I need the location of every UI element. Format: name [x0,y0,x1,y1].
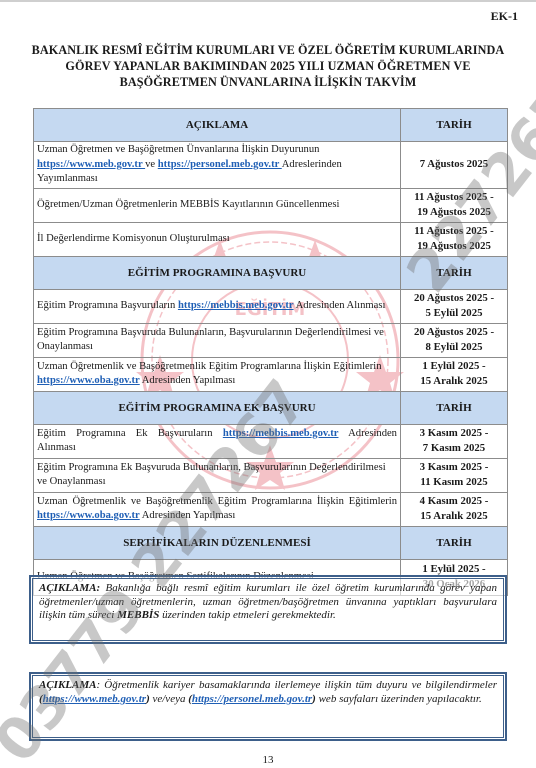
row-description: Uzman Öğretmen ve Başöğretmen Ünvanların… [34,142,401,189]
section-header-row: EĞİTİM PROGRAMINA BAŞVURU TARİH [34,256,508,289]
meb-link[interactable]: https://www.meb.gov.tr [37,159,145,170]
row-date: 11 Ağustos 2025 -19 Ağustos 2025 [401,188,508,222]
row-date: 1 Eylül 2025 -15 Aralık 2025 [401,357,508,391]
date-header: TARİH [401,391,508,424]
annex-label: EK-1 [491,9,518,24]
note-label: AÇIKLAMA [39,679,96,691]
table-row: Uzman Öğretmenlik ve Başöğretmenlik Eğit… [34,357,508,391]
table-row: Eğitim Programına Ek Başvuruda Bulunanla… [34,458,508,492]
row-description: Eğitim Programına Ek Başvuruların https:… [34,424,401,458]
table-row: İl Değerlendirme Komisyonun Oluşturulmas… [34,222,508,256]
section-header: EĞİTİM PROGRAMINA EK BAŞVURU [34,391,401,424]
row-date: 7 Ağustos 2025 [401,142,508,189]
row-description: İl Değerlendirme Komisyonun Oluşturulmas… [34,222,401,256]
personel-link[interactable]: https://personel.meb.gov.tr [192,693,312,705]
row-description: Eğitim Programına Başvuruda Bulunanların… [34,323,401,357]
row-date: 20 Ağustos 2025 -5 Eylül 2025 [401,289,508,323]
row-description: Uzman Öğretmenlik ve Başöğretmenlik Eğit… [34,492,401,526]
note-emphasis: MEBBİS [117,609,159,621]
date-header: TARİH [401,526,508,559]
mebbis-link[interactable]: https://mebbis.meb.gov.tr [223,428,339,439]
personel-link[interactable]: https://personel.meb.gov.tr [158,159,282,170]
row-date: 3 Kasım 2025 -7 Kasım 2025 [401,424,508,458]
row-description: Eğitim Programına Başvuruların https://m… [34,289,401,323]
table-row: Eğitim Programına Ek Başvuruların https:… [34,424,508,458]
date-header: TARİH [401,109,508,142]
row-date: 11 Ağustos 2025 -19 Ağustos 2025 [401,222,508,256]
meb-link[interactable]: https://www.meb.gov.tr [43,693,146,705]
row-date: 4 Kasım 2025 -15 Aralık 2025 [401,492,508,526]
section-header: AÇIKLAMA [34,109,401,142]
explanation-note-mebbis: AÇIKLAMA: Bakanlığa bağlı resmî eğitim k… [30,576,506,643]
row-description: Öğretmen/Uzman Öğretmenlerin MEBBİS Kayı… [34,188,401,222]
section-header: SERTİFİKALARIN DÜZENLENMESİ [34,526,401,559]
section-header-row: SERTİFİKALARIN DÜZENLENMESİ TARİH [34,526,508,559]
page-number: 13 [0,754,536,766]
oba-link[interactable]: https://www.oba.gov.tr [37,510,140,521]
oba-link[interactable]: https://www.oba.gov.tr [37,375,140,386]
section-header-row: EĞİTİM PROGRAMINA EK BAŞVURU TARİH [34,391,508,424]
table-row: Uzman Öğretmenlik ve Başöğretmenlik Eğit… [34,492,508,526]
section-header-row: AÇIKLAMA TARİH [34,109,508,142]
note-label: AÇIKLAMA: [39,582,100,594]
row-description: Uzman Öğretmenlik ve Başöğretmenlik Eğit… [34,357,401,391]
row-date: 3 Kasım 2025 -11 Kasım 2025 [401,458,508,492]
table-row: Eğitim Programına Başvuruların https://m… [34,289,508,323]
table-row: Uzman Öğretmen ve Başöğretmen Ünvanların… [34,142,508,189]
table-row: Eğitim Programına Başvuruda Bulunanların… [34,323,508,357]
mebbis-link[interactable]: https://mebbis.meb.gov.tr [178,300,294,311]
table-row: Öğretmen/Uzman Öğretmenlerin MEBBİS Kayı… [34,188,508,222]
page-title: BAKANLIK RESMÎ EĞİTİM KURUMLARI VE ÖZEL … [30,42,506,90]
section-header: EĞİTİM PROGRAMINA BAŞVURU [34,256,401,289]
row-date: 20 Ağustos 2025 -8 Eylül 2025 [401,323,508,357]
schedule-table: AÇIKLAMA TARİH Uzman Öğretmen ve Başöğre… [33,108,508,596]
date-header: TARİH [401,256,508,289]
explanation-note-announcements: AÇIKLAMA: Öğretmenlik kariyer basamaklar… [30,673,506,740]
page-top-edge [0,0,536,2]
row-description: Eğitim Programına Ek Başvuruda Bulunanla… [34,458,401,492]
